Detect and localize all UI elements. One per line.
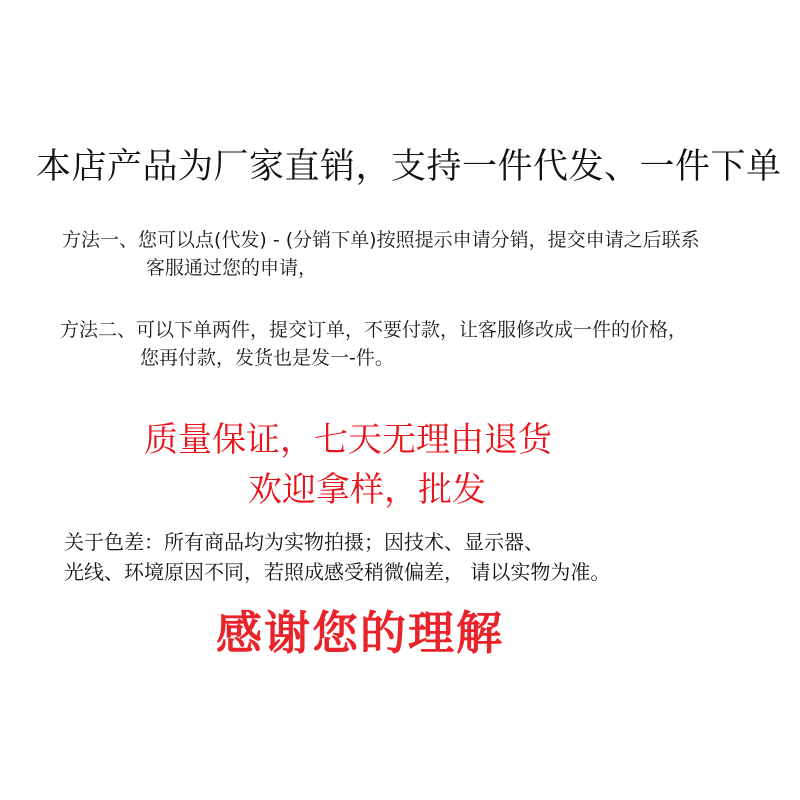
thanks-message: 感谢您的理解 xyxy=(216,610,504,656)
quality-guarantee-slogan: 质量保证，七天无理由退货 xyxy=(144,423,552,457)
color-note-line-1: 关于色差：所有商品均为实物拍摄；因技术、显示器、 xyxy=(64,532,544,552)
method-one-line-2: 客服通过您的申请， xyxy=(146,259,317,278)
headline: 本店产品为厂家直销，支持一件代发、一件下单 xyxy=(36,150,782,185)
color-note-line-2: 光线、环境原因不同，若照成感受稍微偏差， 请以实物为准。 xyxy=(64,562,610,582)
method-one-line-1: 方法一、您可以点(代发) - (分销下单)按照提示申请分销，提交申请之后联系 xyxy=(62,231,700,250)
wholesale-slogan: 欢迎拿样，批发 xyxy=(248,473,486,507)
notice-poster: 本店产品为厂家直销，支持一件代发、一件下单 方法一、您可以点(代发) - (分销… xyxy=(0,0,800,800)
method-two-line-2: 您再付款，发货也是发一-件。 xyxy=(140,349,394,368)
method-two-line-1: 方法二、可以下单两件，提交订单，不要付款，让客服修改成一件的价格， xyxy=(60,321,687,340)
